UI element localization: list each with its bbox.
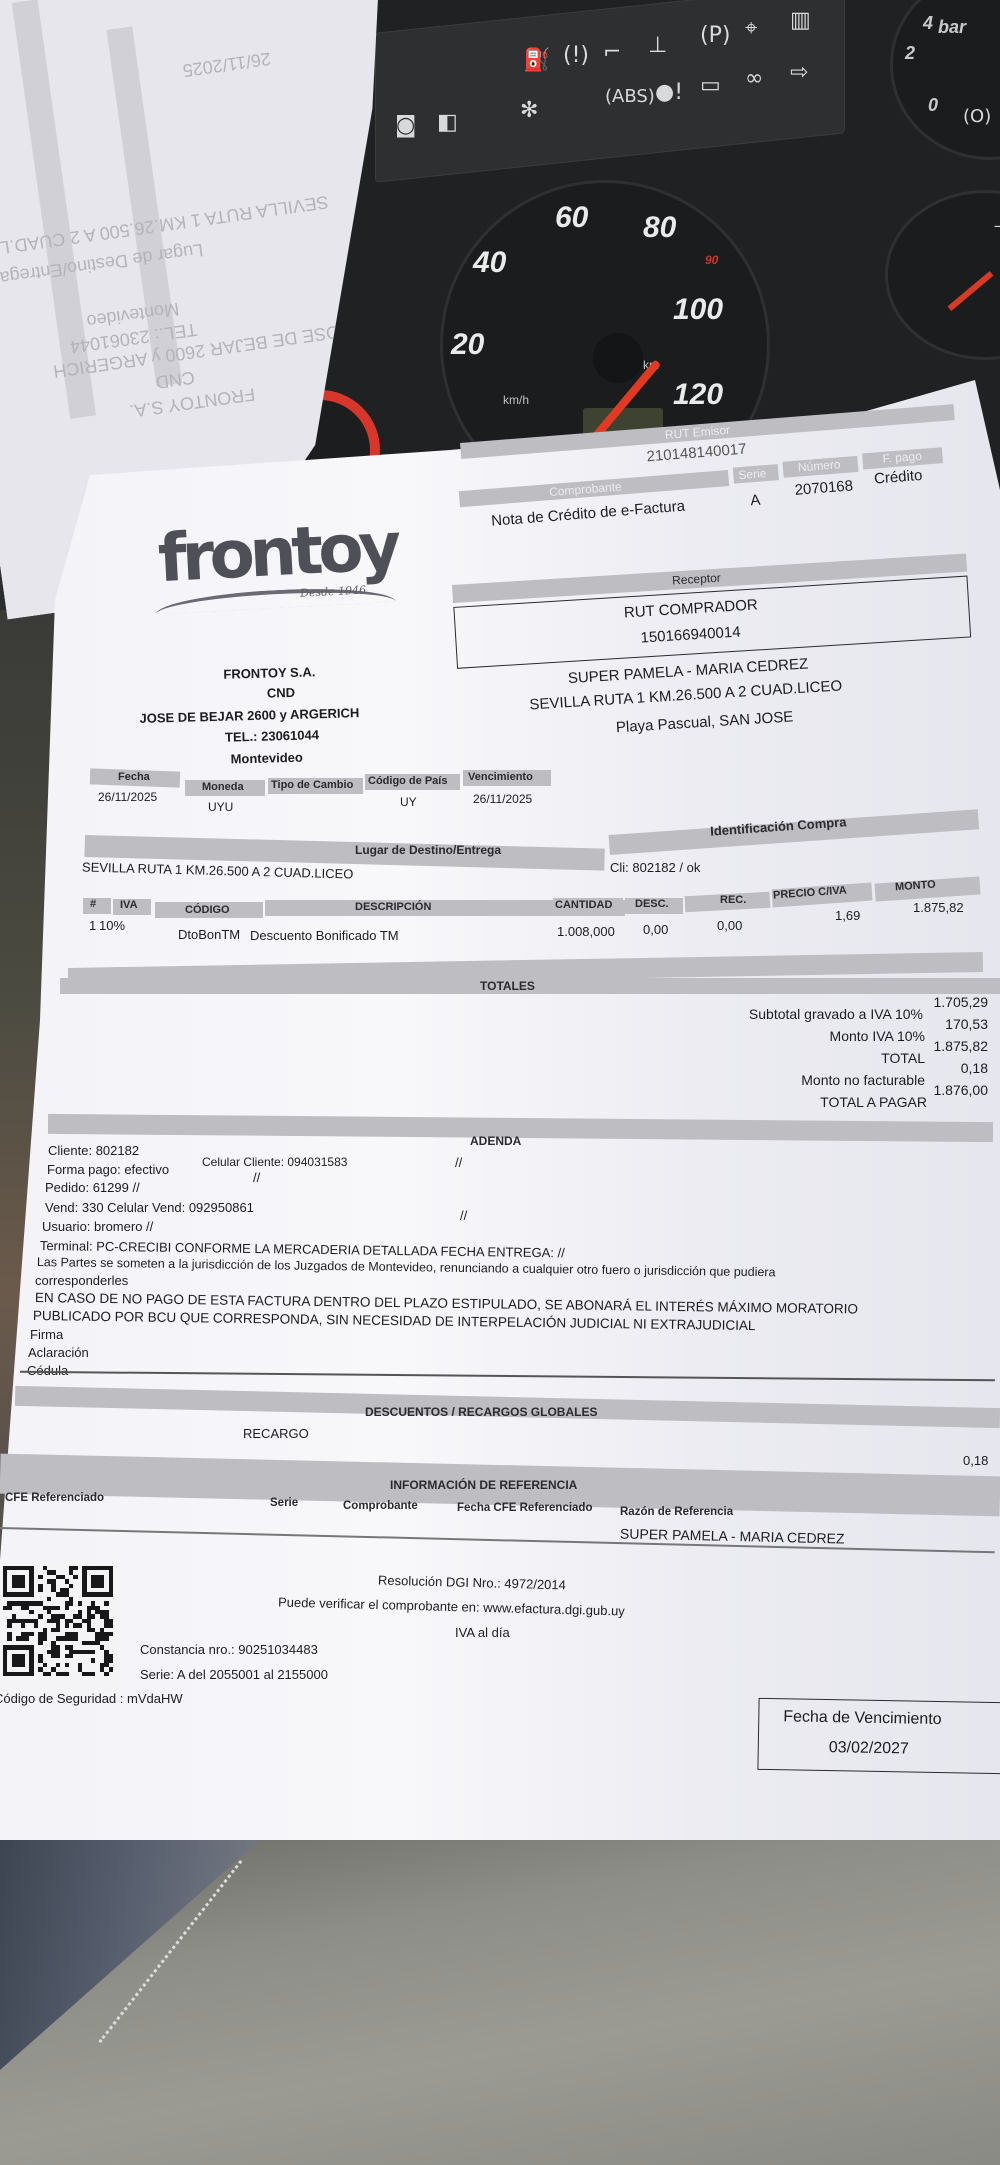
speedo-tick: 80 xyxy=(643,211,676,245)
line-desc: 0,00 xyxy=(643,922,668,937)
ident-compra-value: Cli: 802182 / ok xyxy=(610,860,700,875)
receptor-label: Receptor xyxy=(672,571,721,588)
mirror-text: 26/11/2025 xyxy=(181,48,272,81)
serie-value: A xyxy=(750,492,761,510)
abs-icon: (ABS) xyxy=(605,88,655,106)
qr-module xyxy=(69,1601,73,1605)
pressure-tick: 4 xyxy=(923,13,933,34)
vencimiento-label: Vencimiento xyxy=(468,771,533,783)
col-num-header: # xyxy=(90,898,96,910)
fecha-vencimiento-value: 03/02/2027 xyxy=(829,1739,909,1758)
destino-label: Lugar de Destino/Entrega xyxy=(355,843,501,857)
ref-col-comprobante: Comprobante xyxy=(343,1500,418,1512)
headlight-icon: ◧ xyxy=(437,112,458,134)
line-monto: 1.875,82 xyxy=(913,900,964,915)
qr-module xyxy=(109,1632,113,1636)
coolant-temp-icon: ⊥ xyxy=(993,213,1000,231)
globales-label: DESCUENTOS / RECARGOS GLOBALES xyxy=(365,1405,597,1419)
fecha-vencimiento-box: Fecha de Vencimiento 03/02/2027 xyxy=(757,1698,1000,1774)
qr-module xyxy=(73,1636,77,1640)
line-descripcion: Descuento Bonificado TM xyxy=(250,928,399,943)
qr-module xyxy=(56,1654,60,1658)
adenda-forma-pago: Forma pago: efectivo xyxy=(47,1162,169,1177)
battery-icon: ▭ xyxy=(700,75,721,97)
receptor-block: Receptor RUT COMPRADOR 150166940014 SUPE… xyxy=(452,553,983,784)
line-items-table: # IVA CÓDIGO DESCRIPCIÓN CANTIDAD DESC. … xyxy=(75,890,985,960)
adenda-usuario: Usuario: bromero // xyxy=(42,1219,153,1234)
issuer-phone: TEL.: 23061044 xyxy=(225,727,319,744)
totales-value-0: 1.705,29 xyxy=(934,994,989,1010)
qr-module xyxy=(69,1584,73,1588)
qr-module xyxy=(69,1654,73,1658)
totales-label-4: TOTAL A PAGAR xyxy=(820,1094,927,1110)
pressure-unit: bar xyxy=(938,17,966,38)
parking-brake-icon: (P) xyxy=(700,25,730,47)
qr-module xyxy=(43,1636,47,1640)
pressure-tick: 2 xyxy=(905,43,915,64)
totales-value-1: 170,53 xyxy=(945,1016,988,1032)
speedo-tick: 60 xyxy=(555,201,588,235)
adenda-vend: Vend: 330 Celular Vend: 092950861 xyxy=(45,1200,254,1215)
totales-label-0: Subtotal gravado a IVA 10% xyxy=(749,1006,923,1022)
qr-module xyxy=(7,1623,11,1627)
col-num-bar xyxy=(83,898,111,914)
ref-col-serie: Serie xyxy=(270,1497,298,1509)
qr-module xyxy=(104,1672,108,1676)
qr-module xyxy=(65,1663,69,1667)
qr-module xyxy=(91,1658,95,1662)
iva-al-dia: IVA al día xyxy=(455,1625,510,1640)
axle-diff-icon: ⌖ xyxy=(745,18,757,40)
adenda-cliente: Cliente: 802182 xyxy=(48,1143,139,1158)
globales-type: RECARGO xyxy=(243,1426,309,1441)
totales-label: TOTALES xyxy=(480,979,535,993)
constancia: Constancia nro.: 90251034483 xyxy=(140,1642,318,1657)
moneda-label: Moneda xyxy=(202,781,244,793)
col-descripcion-header: DESCRIPCIÓN xyxy=(355,901,431,913)
totales-label-1: Monto IVA 10% xyxy=(830,1028,925,1044)
qr-module xyxy=(91,1650,95,1654)
qr-module xyxy=(91,1672,95,1676)
adenda-sep: // xyxy=(455,1155,462,1170)
speedo-tick: 90 xyxy=(705,253,718,267)
logo-wordmark: frontoy xyxy=(156,514,398,592)
receptor-city: Playa Pascual, SAN JOSE xyxy=(616,708,794,736)
qr-module xyxy=(65,1623,69,1627)
fabric-background xyxy=(0,1840,1000,2165)
pressure-gauge: 4 bar 2 0 (O) xyxy=(890,0,1000,160)
firma-label: Firma xyxy=(30,1327,63,1342)
qr-module xyxy=(78,1623,82,1627)
invoice-sheet: frontoy Desde 1946 RUT Emisor 2101481400… xyxy=(0,380,1000,1860)
qr-module xyxy=(38,1641,42,1645)
temp-needle xyxy=(948,271,994,311)
ref-col-cfe: CFE Referenciado xyxy=(5,1492,104,1504)
qr-module xyxy=(7,1636,11,1640)
col-cantidad-header: CANTIDAD xyxy=(555,899,612,911)
meta-row: Fecha 26/11/2025 Moneda UYU Tipo de Camb… xyxy=(90,768,550,828)
line-codigo: DtoBonTM xyxy=(178,927,240,942)
brake-circuit-icon: (O) xyxy=(963,108,991,126)
qr-module xyxy=(7,1606,11,1610)
line-cantidad: 1.008,000 xyxy=(557,924,615,939)
adenda-block: Cliente: 802182 Celular Cliente: 0940315… xyxy=(45,1140,995,1400)
issuer-city: Montevideo xyxy=(230,750,303,767)
qr-module xyxy=(25,1636,29,1640)
qr-module xyxy=(73,1566,77,1570)
turn-signal-icon: ⇨ xyxy=(790,62,808,84)
jeans-background xyxy=(0,1840,260,2070)
qr-finder xyxy=(12,1575,25,1588)
col-codigo-header: CÓDIGO xyxy=(185,904,230,916)
issuer-line2: CND xyxy=(267,685,296,701)
fecha-vencimiento-label: Fecha de Vencimiento xyxy=(783,1708,942,1729)
qr-module xyxy=(65,1606,69,1610)
adenda-celular-cliente: Celular Cliente: 094031583 xyxy=(202,1155,347,1169)
speedo-hub xyxy=(593,333,643,383)
fecha-label: Fecha xyxy=(118,771,150,783)
moneda-value: UYU xyxy=(208,800,233,814)
forma-pago-value: Crédito xyxy=(873,467,923,488)
trailer-warning-icon: ●! xyxy=(655,82,683,104)
line-precio: 1,69 xyxy=(835,908,860,923)
fan-icon: ✻ xyxy=(520,100,538,122)
codigo-pais-label: Código de País xyxy=(368,775,447,787)
qr-module xyxy=(91,1614,95,1618)
line-iva: 10% xyxy=(99,918,125,933)
speedo-tick: 100 xyxy=(673,293,723,327)
col-rec-header: REC. xyxy=(720,894,746,906)
qr-module xyxy=(56,1628,60,1632)
adenda-jurisdiccion-cont: corresponderles xyxy=(35,1273,128,1288)
qr-finder xyxy=(91,1575,104,1588)
qr-module xyxy=(109,1658,113,1662)
adenda-jurisdiccion: Las Partes se someten a la jurisdicción … xyxy=(37,1255,776,1279)
qr-module xyxy=(43,1663,47,1667)
fecha-value: 26/11/2025 xyxy=(98,790,157,804)
tipo-cambio-label: Tipo de Cambio xyxy=(271,779,353,791)
rut-emisor-value: 210148140017 xyxy=(646,441,747,466)
adenda-sep: // xyxy=(460,1208,467,1223)
codigo-pais-value: UY xyxy=(400,795,417,809)
qr-module xyxy=(78,1601,82,1605)
temperature-gauge: ⊥ xyxy=(885,190,1000,360)
totales-label-2: TOTAL xyxy=(881,1050,925,1066)
speedo-tick: 20 xyxy=(451,328,484,362)
qr-module xyxy=(73,1575,77,1579)
qr-module xyxy=(104,1601,108,1605)
adenda-sep: // xyxy=(253,1170,260,1185)
aclaracion-label: Aclaración xyxy=(28,1345,89,1360)
qr-module xyxy=(38,1614,42,1618)
qr-module xyxy=(109,1667,113,1671)
adenda-pedido: Pedido: 61299 // xyxy=(45,1180,140,1195)
qr-module xyxy=(38,1575,42,1579)
qr-module xyxy=(56,1663,60,1667)
line-num: 1 xyxy=(89,918,96,933)
issuer-name: FRONTOY S.A. xyxy=(223,664,315,681)
qr-module xyxy=(29,1632,33,1636)
referencia-label: INFORMACIÓN DE REFERENCIA xyxy=(390,1478,577,1492)
glow-plug-icon: ∞ xyxy=(745,68,763,90)
ref-col-fecha: Fecha CFE Referenciado xyxy=(457,1502,592,1514)
battery-heater-icon: ▥ xyxy=(790,10,811,32)
coolant-temp-icon: ⊥ xyxy=(648,35,667,57)
speedo-tick: 40 xyxy=(473,246,506,280)
qr-module xyxy=(109,1623,113,1627)
qr-module xyxy=(29,1610,33,1614)
serie-label: Serie xyxy=(738,466,767,482)
line-rec: 0,00 xyxy=(717,918,742,933)
qr-module xyxy=(47,1672,51,1676)
totales-value-3: 0,18 xyxy=(961,1060,988,1076)
qr-module xyxy=(38,1588,42,1592)
brake-warning-icon: (!) xyxy=(563,45,589,67)
qr-module xyxy=(34,1623,38,1627)
serie-rango: Serie: A del 2055001 al 2155000 xyxy=(140,1667,328,1682)
camera-light-icon: ◙ xyxy=(395,115,416,137)
issuer-address: JOSE DE BEJAR 2600 y ARGERICH xyxy=(139,705,359,726)
oil-pressure-icon: ⌐ xyxy=(603,42,621,64)
qr-module xyxy=(65,1672,69,1676)
vencimiento-value: 26/11/2025 xyxy=(473,792,532,806)
col-desc-header: DESC. xyxy=(635,898,669,910)
totales-value-2: 1.875,82 xyxy=(934,1038,989,1054)
col-iva-header: IVA xyxy=(120,899,138,911)
totales-value-4: 1.876,00 xyxy=(934,1082,989,1098)
totales-label-3: Monto no facturable xyxy=(801,1072,925,1088)
codigo-seguridad: Código de Seguridad : mVdaHW xyxy=(0,1691,183,1706)
globales-value: 0,18 xyxy=(963,1453,988,1468)
qr-code xyxy=(0,1563,120,1693)
qr-module xyxy=(47,1597,51,1601)
frontoy-logo: frontoy Desde 1946 xyxy=(156,514,398,592)
pressure-tick: 0 xyxy=(928,95,938,116)
ref-col-razon: Razón de Referencia xyxy=(620,1506,733,1518)
qr-module xyxy=(104,1636,108,1640)
numero-value: 2070168 xyxy=(794,477,854,499)
qr-module xyxy=(56,1606,60,1610)
qr-finder xyxy=(12,1654,25,1667)
fuel-icon: ⛽ xyxy=(523,50,550,72)
qr-module xyxy=(21,1623,25,1627)
